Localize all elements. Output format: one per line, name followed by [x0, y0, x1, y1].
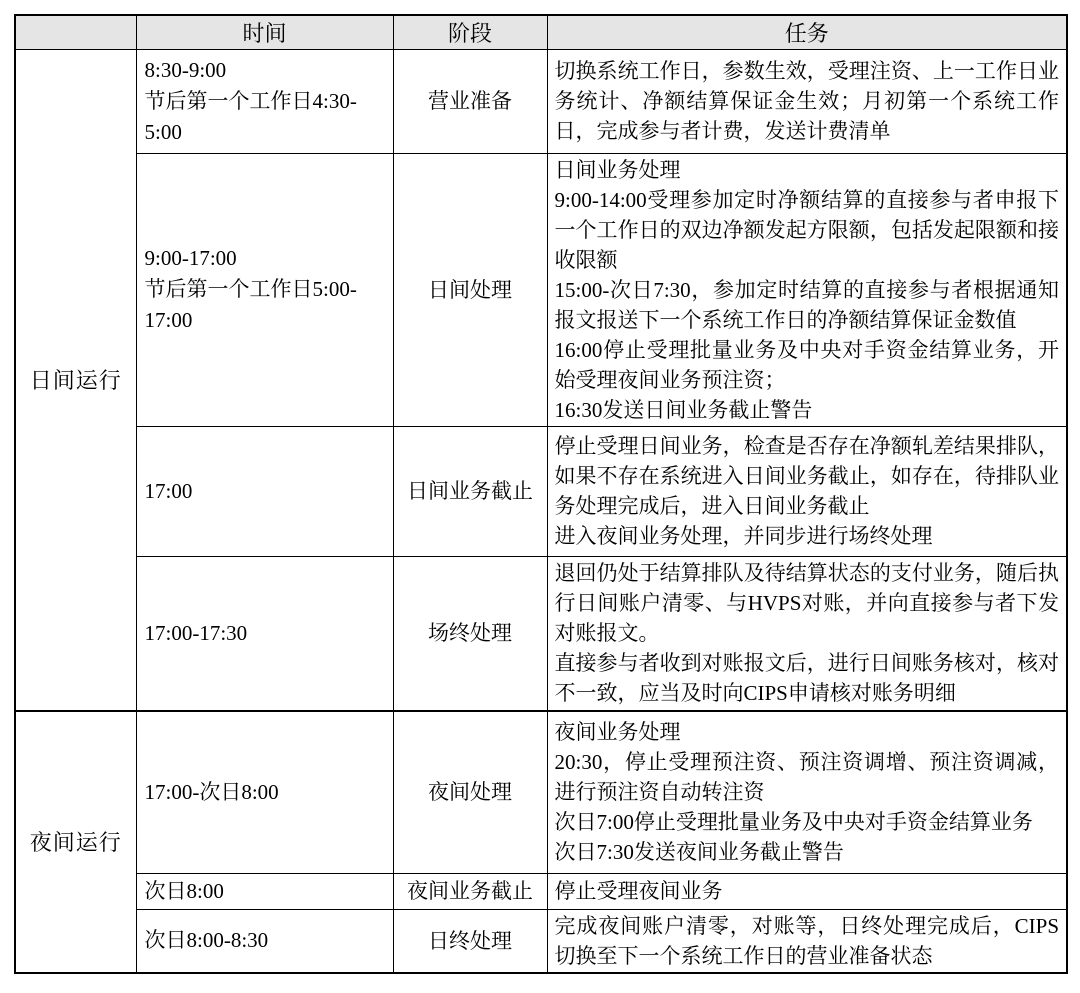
table-row: 17:00 日间业务截止 停止受理日间业务，检查是否存在净额轧差结果排队，如果不… [15, 426, 1067, 556]
task-cell: 完成夜间账户清零，对账等，日终处理完成后，CIPS切换至下一个系统工作日的营业准… [547, 909, 1067, 973]
schedule-table: 时间 阶段 任务 日间运行 8:30-9:00 节后第一个工作日4:30-5:0… [14, 14, 1068, 974]
header-group [15, 15, 136, 49]
table-row: 9:00-17:00 节后第一个工作日5:00-17:00 日间处理 日间业务处… [15, 153, 1067, 426]
table-row: 日间运行 8:30-9:00 节后第一个工作日4:30-5:00 营业准备 切换… [15, 49, 1067, 153]
phase-cell: 日间业务截止 [393, 426, 547, 556]
group-label-day: 日间运行 [15, 49, 136, 711]
task-cell: 切换系统工作日，参数生效，受理注资、上一工作日业务统计、净额结算保证金生效；月初… [547, 49, 1067, 153]
task-cell: 夜间业务处理 20:30，停止受理预注资、预注资调增、预注资调减，进行预注资自动… [547, 711, 1067, 873]
table-row: 夜间运行 17:00-次日8:00 夜间处理 夜间业务处理 20:30，停止受理… [15, 711, 1067, 873]
table-row: 17:00-17:30 场终处理 退回仍处于结算排队及待结算状态的支付业务，随后… [15, 556, 1067, 711]
header-row: 时间 阶段 任务 [15, 15, 1067, 49]
table-row: 次日8:00-8:30 日终处理 完成夜间账户清零，对账等，日终处理完成后，CI… [15, 909, 1067, 973]
time-cell: 17:00 [136, 426, 393, 556]
task-cell: 日间业务处理 9:00-14:00受理参加定时净额结算的直接参与者申报下一个工作… [547, 153, 1067, 426]
task-cell: 停止受理日间业务，检查是否存在净额轧差结果排队，如果不存在系统进入日间业务截止，… [547, 426, 1067, 556]
header-time: 时间 [136, 15, 393, 49]
phase-cell: 夜间处理 [393, 711, 547, 873]
phase-cell: 日终处理 [393, 909, 547, 973]
phase-cell: 日间处理 [393, 153, 547, 426]
table-row: 次日8:00 夜间业务截止 停止受理夜间业务 [15, 873, 1067, 909]
task-cell: 停止受理夜间业务 [547, 873, 1067, 909]
task-cell: 退回仍处于结算排队及待结算状态的支付业务，随后执行日间账户清零、与HVPS对账，… [547, 556, 1067, 711]
group-label-night: 夜间运行 [15, 711, 136, 973]
time-cell: 次日8:00 [136, 873, 393, 909]
phase-cell: 场终处理 [393, 556, 547, 711]
header-phase: 阶段 [393, 15, 547, 49]
time-cell: 次日8:00-8:30 [136, 909, 393, 973]
time-cell: 8:30-9:00 节后第一个工作日4:30-5:00 [136, 49, 393, 153]
header-task: 任务 [547, 15, 1067, 49]
phase-cell: 夜间业务截止 [393, 873, 547, 909]
phase-cell: 营业准备 [393, 49, 547, 153]
time-cell: 17:00-17:30 [136, 556, 393, 711]
time-cell: 17:00-次日8:00 [136, 711, 393, 873]
document-page: 时间 阶段 任务 日间运行 8:30-9:00 节后第一个工作日4:30-5:0… [0, 0, 1080, 993]
time-cell: 9:00-17:00 节后第一个工作日5:00-17:00 [136, 153, 393, 426]
